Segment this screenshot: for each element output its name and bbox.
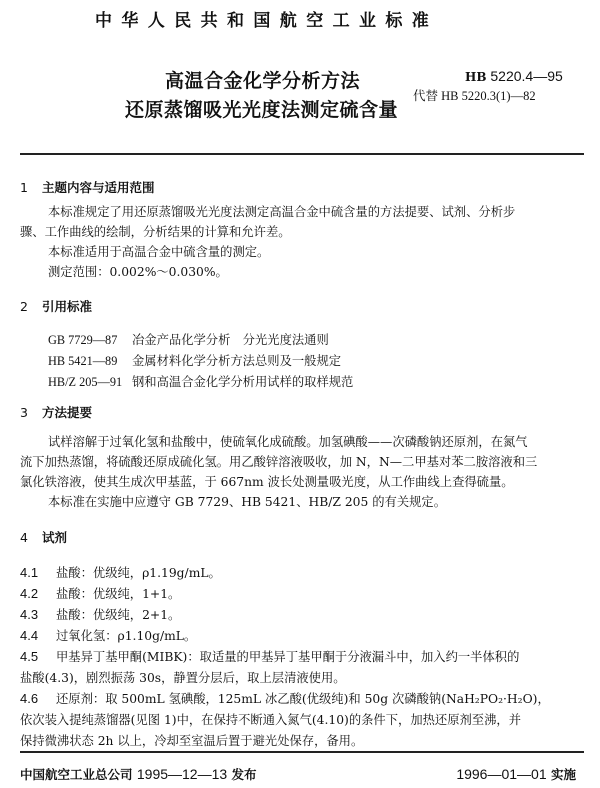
reagent-item: 4.2盐酸：优级纯，1+1。 bbox=[20, 584, 180, 602]
issue-info: 中国航空工业总公司 1995—12—13 发布 bbox=[20, 765, 257, 783]
section-heading-4: 4试剂 bbox=[20, 528, 67, 546]
section-heading-3: 3方法提要 bbox=[20, 403, 92, 421]
paragraph: 本标准适用于高温合金中硫含量的测定。 bbox=[48, 242, 269, 262]
footer-divider bbox=[20, 751, 584, 753]
reagent-item: 4.1盐酸：优级纯，ρ1.19g/mL。 bbox=[20, 563, 221, 581]
document-title-line1: 高温合金化学分析方法 bbox=[165, 66, 360, 93]
document-title-line2: 还原蒸馏吸光光度法测定硫含量 bbox=[125, 95, 398, 122]
reference-item: HB/Z 205—91钢和高温合金化学分析用试样的取样规范 bbox=[48, 372, 353, 390]
paragraph: 流下加热蒸馏，将硫酸还原成硫化氢。用乙酸锌溶液吸收，加 N，N—二甲基对苯二胺溶… bbox=[20, 452, 537, 472]
reagent-item: 4.3盐酸：优级纯，2+1。 bbox=[20, 605, 180, 623]
reagent-item-continued: 盐酸(4.3)，剧烈振荡 30s，静置分层后，取上层清液使用。 bbox=[20, 668, 346, 686]
paragraph: 试样溶解于过氧化氢和盐酸中，使硫氧化成硫酸。加氢碘酸——次磷酸钠还原剂，在氮气 bbox=[48, 432, 528, 452]
section-heading-1: 1主题内容与适用范围 bbox=[20, 178, 155, 196]
reagent-item: 4.4过氧化氢：ρ1.10g/mL。 bbox=[20, 626, 196, 644]
standard-number: HB 5220.4—95 bbox=[465, 68, 563, 84]
org-standard-title: 中华人民共和国航空工业标准 bbox=[95, 6, 438, 31]
header-divider bbox=[20, 153, 584, 155]
paragraph: 测定范围：0.002%～0.030%。 bbox=[48, 262, 228, 282]
paragraph: 氯化铁溶液，使其生成次甲基蓝，于 667nm 波长处测量吸光度，从工作曲线上查得… bbox=[20, 472, 514, 492]
paragraph: 骤、工作曲线的绘制，分析结果的计算和允许差。 bbox=[20, 222, 291, 242]
effective-info: 1996—01—01 实施 bbox=[456, 765, 576, 783]
reagent-item-continued: 保持微沸状态 2h 以上，冷却至室温后置于避光处保存，备用。 bbox=[20, 731, 363, 749]
replaces-standard: 代替 HB 5220.3(1)—82 bbox=[413, 86, 536, 104]
paragraph: 本标准规定了用还原蒸馏吸光光度法测定高温合金中硫含量的方法提要、试剂、分析步 bbox=[48, 202, 515, 222]
paragraph: 本标准在实施中应遵守 GB 7729、HB 5421、HB/Z 205 的有关规… bbox=[48, 492, 446, 512]
reagent-item-continued: 依次装入提纯蒸馏器(见图 1)中，在保持不断通入氮气(4.10)的条件下，加热还… bbox=[20, 710, 521, 728]
section-heading-2: 2引用标准 bbox=[20, 297, 92, 315]
reagent-item: 4.6还原剂：取 500mL 氢碘酸，125mL 冰乙酸(优级纯)和 50g 次… bbox=[20, 689, 550, 707]
reference-item: HB 5421—89金属材料化学分析方法总则及一般规定 bbox=[48, 351, 341, 369]
reference-item: GB 7729—87冶金产品化学分析 分光光度法通则 bbox=[48, 330, 329, 348]
reagent-item: 4.5甲基异丁基甲酮(MIBK)：取适量的甲基异丁基甲酮于分液漏斗中，加入约一半… bbox=[20, 647, 519, 665]
